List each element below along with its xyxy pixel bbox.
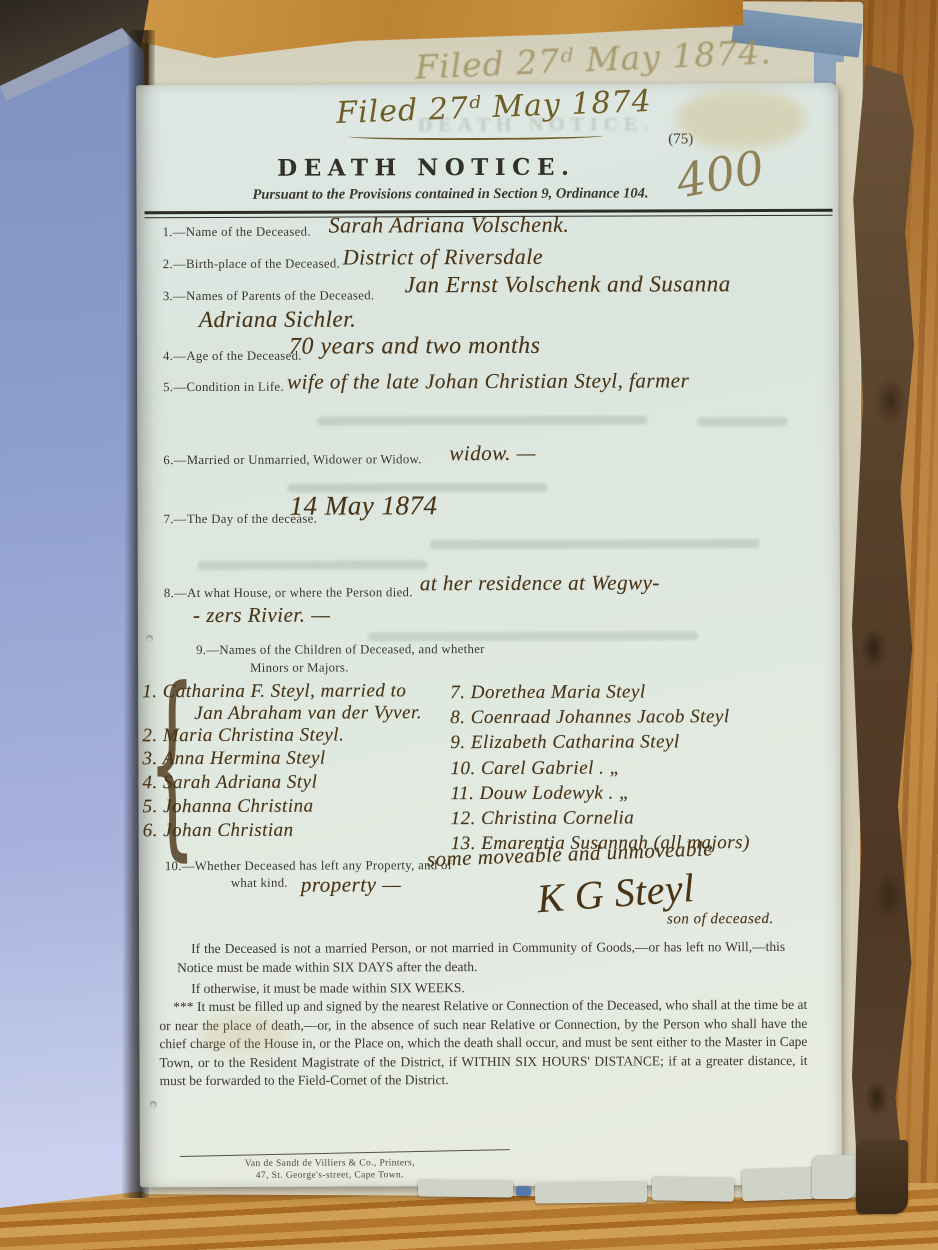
field-6-value: widow. — [449,441,536,466]
child-left-6: 6. Johan Christian [143,820,294,843]
bleedthrough-line [697,417,787,426]
punch-hole [150,1101,157,1108]
field-2-value: District of Riversdale [343,244,544,271]
field-2-label: 2.—Birth-place of the Deceased. [163,257,340,273]
field-1-label: 1.—Name of the Deceased. [163,225,311,241]
field-4-label: 4.—Age of the Deceased. [163,349,302,364]
field-8-label: 8.—At what House, or where the Person di… [164,585,413,601]
child-left-1: 1. Catharina F. Steyl, married to [142,680,406,703]
field-8-value: at her residence at Wegwy- [420,570,660,596]
note-paragraph-2: If otherwise, it must be made within SIX… [177,977,785,998]
form-title: DEATH NOTICE. [236,154,616,182]
note-paragraph-1: If the Deceased is not a married Person,… [177,937,785,977]
torn-paper-chunk [741,1167,814,1201]
child-right-11: 11. Douw Lodewyk . „ [451,783,631,806]
field-5-value: wife of the late Johan Christian Steyl, … [287,368,689,394]
punch-hole [146,635,153,642]
torn-paper-chunk [812,1155,856,1199]
field-10-value-line2: property — [301,872,402,897]
child-right-12: 12. Christina Cornelia [451,807,635,830]
child-left-3: 3. Anna Hermina Steyl [142,748,325,771]
form-subtitle: Pursuant to the Provisions contained in … [170,185,730,204]
torn-paper-chunk [535,1181,647,1203]
bleedthrough-line [368,631,698,641]
paper-stain [199,1015,289,1055]
imprint-rule [180,1149,510,1157]
child-right-7: 7. Dorethea Maria Steyl [450,681,646,704]
field-7-value: 14 May 1874 [289,490,437,522]
field-10-label-line2: what kind. [231,876,288,891]
bleedthrough-line [198,560,428,570]
torn-paper-chunk-blue [516,1186,531,1196]
torn-paper-chunk [652,1176,734,1201]
torn-paper-chunk [418,1180,513,1198]
child-left-1b: Jan Abraham van der Vyver. [194,702,422,725]
field-4-value: 70 years and two months [289,333,541,361]
bleedthrough-line [317,415,647,425]
child-left-4: 4. Sarah Adriana Styl [142,772,317,795]
child-left-2: 2. Maria Christina Steyl. [142,725,344,748]
signature-note: son of deceased. [667,911,774,928]
tattered-binding-edge [852,64,914,1188]
field-3-value: Jan Ernst Volschenk and Susanna [405,271,731,298]
death-notice-page: Filed 27ᵈ May 1874 DEATH NOTICE. (75) 40… [136,83,842,1187]
printer-imprint: Van de Sandt de Villiers & Co., Printers… [170,1158,490,1182]
field-9-label-line2: Minors or Majors. [250,660,349,675]
field-6-label: 6.—Married or Unmarried, Widower or Wido… [163,452,421,468]
field-5-label: 5.—Condition in Life. [163,380,284,395]
paper-stain [676,89,806,149]
bleedthrough-line [430,539,760,549]
child-right-9: 9. Elizabeth Catharina Steyl [450,731,679,754]
field-3-label: 3.—Names of Parents of the Deceased. [163,288,375,304]
child-right-8: 8. Coenraad Johannes Jacob Steyl [450,706,729,729]
binding-chunk [856,1140,908,1214]
field-1-value: Sarah Adriana Volschenk. [329,212,570,239]
bleedthrough-title: DEATH NOTICE. [351,113,721,137]
child-right-10: 10. Carel Gabriel . „ [450,758,620,781]
field-3-value-line2: Adriana Sichler. [199,306,357,333]
child-left-5: 5. Johanna Christina [143,796,314,819]
field-9-label: 9.—Names of the Children of Deceased, an… [196,642,485,658]
field-8-value-line2: - zers Rivier. — [193,603,331,628]
